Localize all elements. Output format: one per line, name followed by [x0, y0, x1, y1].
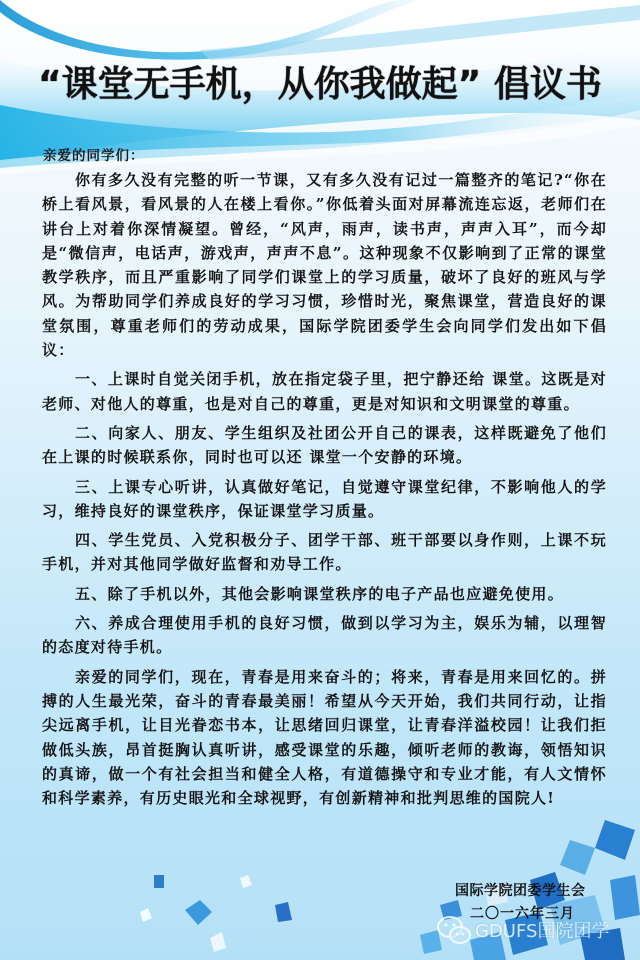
proposal-item-3: 三、上课专心听讲，认真做好笔记，自觉遵守课堂纪律，不影响他人的学习，维持良好的课… — [42, 475, 607, 524]
wechat-watermark: GDUFS国院团学 — [437, 915, 609, 945]
watermark-text: GDUFS国院团学 — [475, 917, 609, 943]
proposal-item-6: 六、养成合理使用手机的良好习惯，做到以学习为主，娱乐为辅，以理智的态度对待手机。 — [42, 611, 607, 660]
proposal-item-5: 五、除了手机以外，其他会影响课堂秩序的电子产品也应避免使用。 — [42, 582, 607, 606]
poster-header: “课堂无手机，从你我做起” 倡议书 — [0, 0, 640, 140]
greeting: 亲爱的同学们： — [43, 144, 145, 164]
proposal-item-2: 二、向家人、朋友、学生组织及社团公开自己的课表，这样既避免了他们在上课的时候联系… — [42, 421, 607, 470]
closing-paragraph: 亲爱的同学们，现在，青春是用来奋斗的；将来，青春是用来回忆的。拼搏的人生最光荣，… — [42, 665, 607, 811]
intro-paragraph: 你有多久没有完整的听一节课，又有多久没有记过一篇整齐的笔记?“你在桥上看风景，看… — [42, 168, 607, 362]
proposal-body: 你有多久没有完整的听一节课，又有多久没有记过一篇整齐的笔记?“你在桥上看风景，看… — [42, 168, 607, 810]
cube-scatter-icon — [140, 870, 400, 960]
wechat-icon — [437, 915, 471, 945]
proposal-item-1: 一、上课时自觉关闭手机，放在指定袋子里，把宁静还给 课堂。这既是对老师、对他人的… — [42, 367, 607, 416]
page-title: “课堂无手机，从你我做起” 倡议书 — [38, 56, 618, 107]
signature-organization: 国际学院团委学生会 — [455, 880, 586, 900]
proposal-item-4: 四、学生党员、入党积极分子、团学干部、班干部要以身作则，上课不玩手机，并对其他同… — [42, 528, 607, 577]
